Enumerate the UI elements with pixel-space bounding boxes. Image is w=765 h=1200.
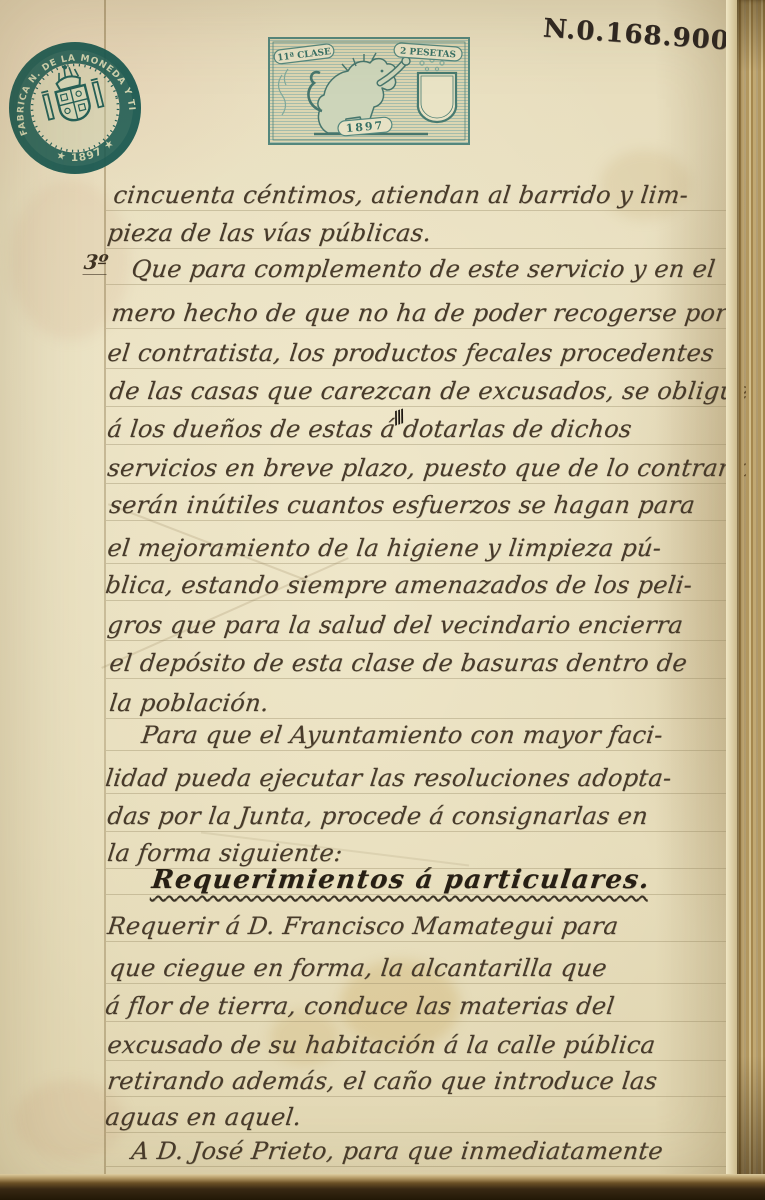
ruled-line xyxy=(106,1060,732,1061)
ruled-line xyxy=(106,1132,732,1133)
manuscript-page: FABRICA N. DE LA MONEDA Y TIMBRE ★ 1897 … xyxy=(0,0,765,1200)
manuscript-line: la población. xyxy=(108,690,271,716)
manuscript-line: cincuenta céntimos, atiendan al barrido … xyxy=(112,182,690,208)
ruled-line xyxy=(106,1096,732,1097)
ruled-line xyxy=(106,894,732,895)
manuscript-line: das por la Junta, procede á consignarlas… xyxy=(106,803,650,829)
ruled-line xyxy=(106,831,732,832)
ruled-line xyxy=(106,248,732,249)
manuscript-line: que ciegue en forma, la alcantarilla que xyxy=(108,955,609,981)
manuscript-line: servicios en breve plazo, puesto que de … xyxy=(106,455,754,481)
ruled-line xyxy=(106,444,732,445)
manuscript-line: lidad pueda ejecutar las resoluciones ad… xyxy=(104,765,673,791)
ruled-line xyxy=(106,284,732,285)
manuscript-line: gros que para la salud del vecindario en… xyxy=(106,612,685,638)
manuscript-line: á flor de tierra, conduce las materias d… xyxy=(104,993,616,1019)
ruled-line xyxy=(106,718,732,719)
page-bottom-edge xyxy=(0,1174,765,1200)
ruled-line xyxy=(106,1166,732,1167)
ruled-line xyxy=(106,640,732,641)
page-edge xyxy=(726,0,737,1200)
ruled-line xyxy=(106,983,732,984)
manuscript-text: cincuenta céntimos, atiendan al barrido … xyxy=(0,0,765,1200)
ruled-line xyxy=(106,941,732,942)
manuscript-line: Que para complemento de este servicio y … xyxy=(130,256,717,282)
manuscript-line: serán inútiles cuantos esfuerzos se haga… xyxy=(108,492,697,518)
manuscript-line: mero hecho de que no ha de poder recoger… xyxy=(110,300,729,326)
ruled-line xyxy=(106,1021,732,1022)
manuscript-line: el mejoramiento de la higiene y limpieza… xyxy=(106,535,663,561)
manuscript-line: retirando además, el caño que introduce … xyxy=(106,1068,659,1094)
section-heading: Requerimientos á particulares. xyxy=(150,866,652,897)
manuscript-line: el depósito de esta clase de basuras den… xyxy=(108,650,689,676)
manuscript-line: pieza de las vías públicas. xyxy=(106,220,433,246)
ruled-line xyxy=(106,750,732,751)
ruled-line xyxy=(106,520,732,521)
manuscript-line: A D. José Prieto, para que inmediatament… xyxy=(130,1138,665,1164)
manuscript-line: el contratista, los productos fecales pr… xyxy=(106,340,716,366)
ruled-line xyxy=(106,328,732,329)
ruled-line xyxy=(106,368,732,369)
manuscript-line: Para que el Ayuntamiento con mayor faci- xyxy=(140,722,664,748)
manuscript-line: excusado de su habitación á la calle púb… xyxy=(106,1032,657,1058)
manuscript-line: aguas en aquel. xyxy=(104,1104,303,1130)
ruled-line xyxy=(106,483,732,484)
manuscript-line: á los dueños de estas á dotarlas de dich… xyxy=(106,416,633,442)
ruled-line xyxy=(106,678,732,679)
ruled-line xyxy=(106,406,732,407)
manuscript-line: Requerir á D. Francisco Mamategui para xyxy=(106,913,620,939)
manuscript-line: de las casas que carezcan de excusados, … xyxy=(108,378,751,404)
book-binding-edge xyxy=(737,0,765,1200)
ruled-line xyxy=(106,600,732,601)
ruled-line xyxy=(106,868,732,869)
ruled-line xyxy=(106,210,732,211)
manuscript-line: blica, estando siempre amenazados de los… xyxy=(104,572,694,598)
ruled-line xyxy=(106,793,732,794)
ruled-line xyxy=(106,563,732,564)
manuscript-line: la forma siguiente: xyxy=(106,840,344,866)
